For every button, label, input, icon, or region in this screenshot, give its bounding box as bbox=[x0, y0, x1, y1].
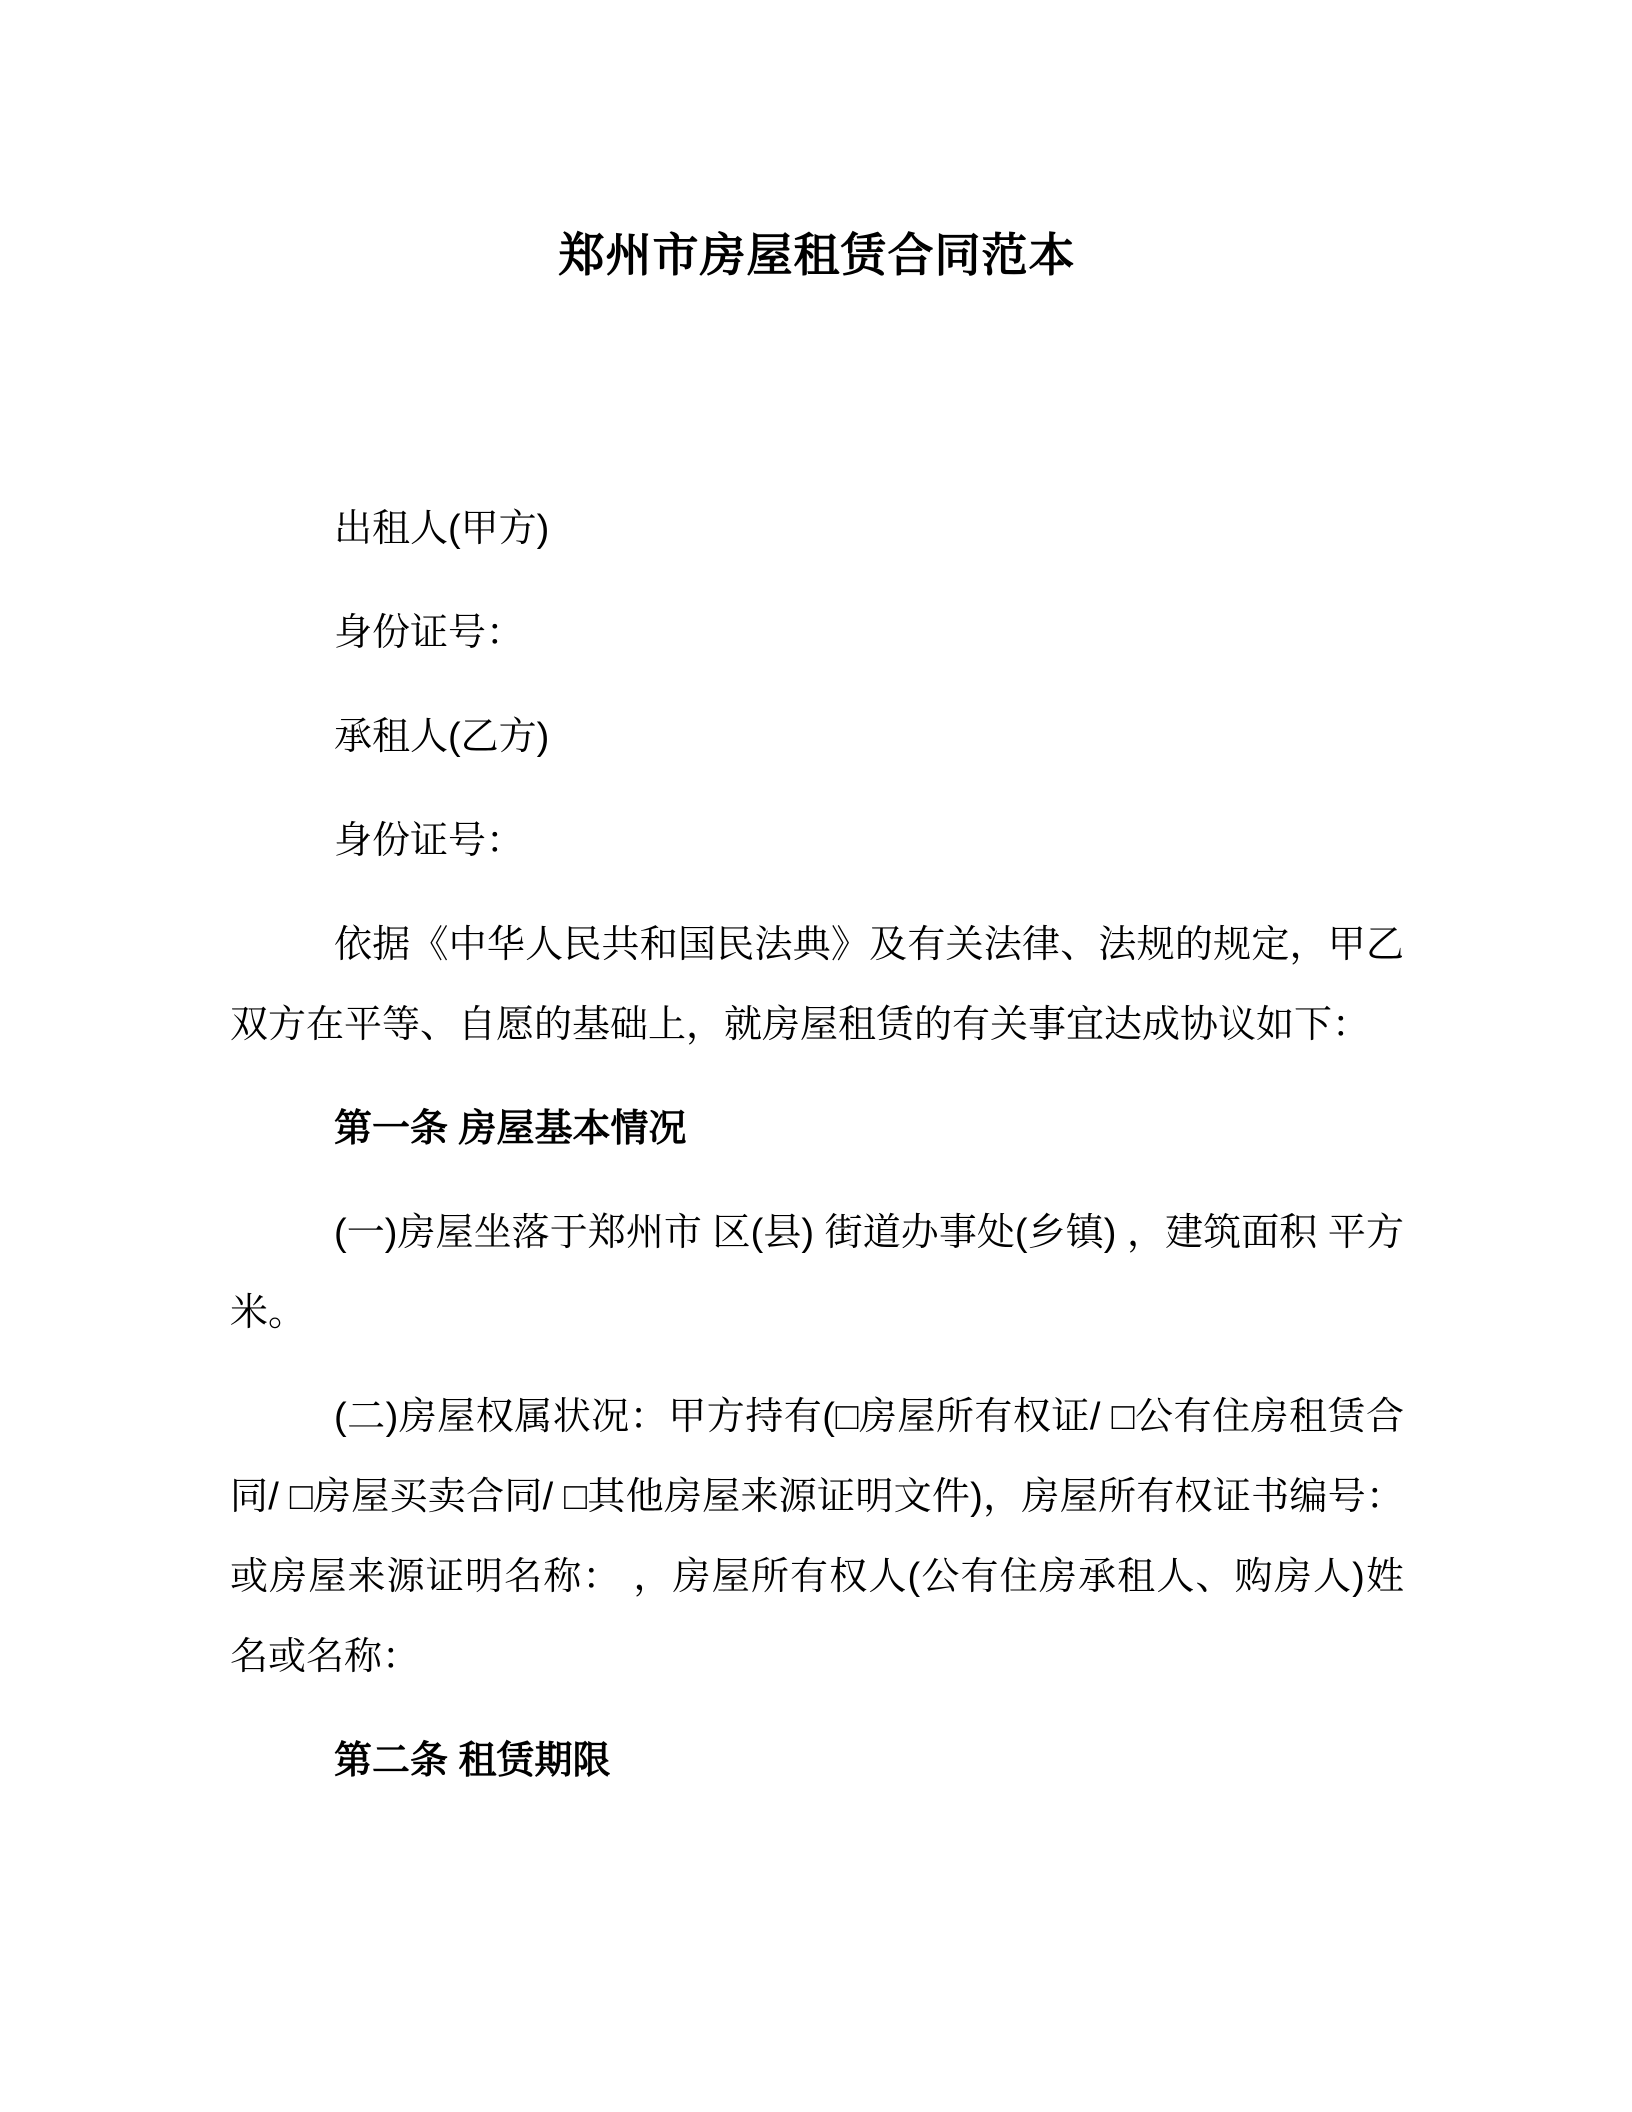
document-title: 郑州市房屋租赁合同范本 bbox=[230, 226, 1404, 284]
document-body: 出租人(甲方)身份证号：承租人(乙方)身份证号：依据《中华人民共和国民法典》及有… bbox=[230, 489, 1404, 1801]
paragraph: (二)房屋权属状况：甲方持有(□房屋所有权证/ □公有住房租赁合同/ □房屋买卖… bbox=[230, 1377, 1404, 1697]
paragraph: 承租人(乙方) bbox=[230, 697, 1404, 777]
paragraph: 依据《中华人民共和国民法典》及有关法律、法规的规定，甲乙双方在平等、自愿的基础上… bbox=[230, 905, 1404, 1065]
paragraph: 身份证号： bbox=[230, 593, 1404, 673]
clause-heading: 第一条 房屋基本情况 bbox=[230, 1089, 1404, 1169]
paragraph: 出租人(甲方) bbox=[230, 489, 1404, 569]
paragraph: 身份证号： bbox=[230, 801, 1404, 881]
contract-page: 郑州市房屋租赁合同范本 出租人(甲方)身份证号：承租人(乙方)身份证号：依据《中… bbox=[0, 0, 1632, 2112]
clause-heading: 第二条 租赁期限 bbox=[230, 1721, 1404, 1801]
paragraph: (一)房屋坐落于郑州市 区(县) 街道办事处(乡镇) ，建筑面积 平方米。 bbox=[230, 1193, 1404, 1353]
